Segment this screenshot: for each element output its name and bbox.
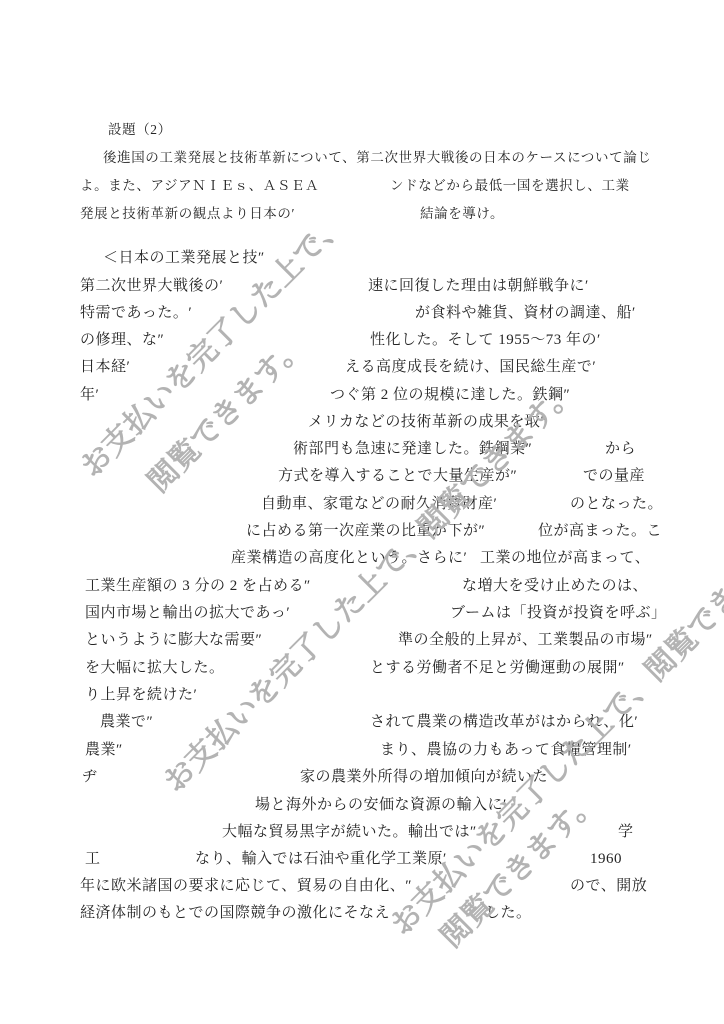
text-run: つぐ第 2 位の規模に達した。鉄鋼″ <box>330 386 570 405</box>
text-run: 工 <box>85 850 101 869</box>
text-run: ヂ <box>82 768 98 787</box>
text-run: した。 <box>485 904 532 923</box>
text-run: 年′ <box>80 386 99 405</box>
text-run: ＜日本の工業発展と技″ <box>103 249 265 268</box>
text-run: というように膨大な需要″ <box>85 631 262 650</box>
text-run: 国内市場と輸出の拡大であっ′ <box>85 604 290 623</box>
text-run: とする労働者不足と労働運動の展開″ <box>370 659 625 678</box>
text-run: 発展と技術革新の観点より日本の′ <box>80 206 295 223</box>
text-run: での量産 <box>583 467 645 486</box>
text-run: 年に欧米諸国の要求に応じて、貿易の自由化、″ <box>80 877 412 896</box>
text-run: メリカなどの技術革新の成果を取″ <box>308 413 547 432</box>
text-run: な増大を受け止めたのは、 <box>462 577 648 596</box>
text-run: り上昇を続けた′ <box>85 686 197 705</box>
text-run: 結論を導け。 <box>420 206 504 223</box>
text-run: ので、開放 <box>570 877 647 896</box>
text-run: 農業で″ <box>100 713 153 732</box>
text-run: 速に回復した理由は朝鮮戦争に′ <box>368 277 589 296</box>
text-run: 1960 <box>590 850 622 869</box>
text-run: 産業構造の高度化という。さらに′ <box>231 549 467 568</box>
text-run: 経済体制のもとでの国際競争の激化にそなえ <box>80 904 390 923</box>
text-run: 工業の地位が高まって、 <box>480 549 650 568</box>
document-page: 設題（2）後進国の工業発展と技術革新について、第二次世界大戦後の日本のケースにつ… <box>0 0 724 1024</box>
text-run: から <box>605 440 636 459</box>
text-run: 家の農業外所得の増加傾向が続いた <box>300 768 548 787</box>
text-run: 農業″ <box>85 741 123 760</box>
text-run: の修理、な″ <box>80 331 164 350</box>
text-run: に占める第一次産業の比重が下が″ <box>246 522 485 541</box>
text-run: 設題（2） <box>108 122 172 139</box>
text-run: ブームは「投資が投資を呼ぶ」 <box>450 604 667 623</box>
text-run: える高度成長を続け、国民総生産で′ <box>345 358 596 377</box>
text-run: 学 <box>618 823 634 842</box>
text-run: 自動車、家電などの耐久消費財産′ <box>261 495 497 514</box>
text-run: 大幅な貿易黒字が続いた。輸出では″ <box>222 823 477 842</box>
text-run: 方式を導入することで大量生産が″ <box>278 467 517 486</box>
text-run: まり、農協の力もあって食糧管理制′ <box>380 741 632 760</box>
text-run: のとなった。 <box>570 495 663 514</box>
text-run: を大幅に拡大した。 <box>85 659 225 678</box>
text-run: 工業生産額の 3 分の 2 を占める″ <box>85 577 311 596</box>
text-run: されて農業の構造改革がはかられ、化′ <box>370 713 638 732</box>
text-run: 性化した。そして 1955～73 年の′ <box>370 331 601 350</box>
text-run: 準の全般的上昇が、工業製品の市場″ <box>398 631 653 650</box>
text-run: 場と海外からの安価な資源の輸入に′ <box>255 796 507 815</box>
text-run: 位が高まった。こ <box>538 522 662 541</box>
text-run: 日本経′ <box>80 358 130 377</box>
text-run: なり、輸入では石油や重化学工業原′ <box>195 850 447 869</box>
text-run: 第二次世界大戦後の′ <box>80 277 223 296</box>
text-run: ンドなどから最低一国を選択し、工業 <box>390 178 630 195</box>
text-run: 後進国の工業発展と技術革新について、第二次世界大戦後の日本のケースについて論じ <box>103 150 651 167</box>
text-run: 特需であった。′ <box>80 304 192 323</box>
text-run: 術部門も急速に発達した。鉄鋼業″ <box>293 440 532 459</box>
text-run: が食料や雑貨、資材の調達、船′ <box>415 304 636 323</box>
text-run: よ。また、アジアＮＩＥｓ、ＡＳＥＡ <box>80 178 319 195</box>
